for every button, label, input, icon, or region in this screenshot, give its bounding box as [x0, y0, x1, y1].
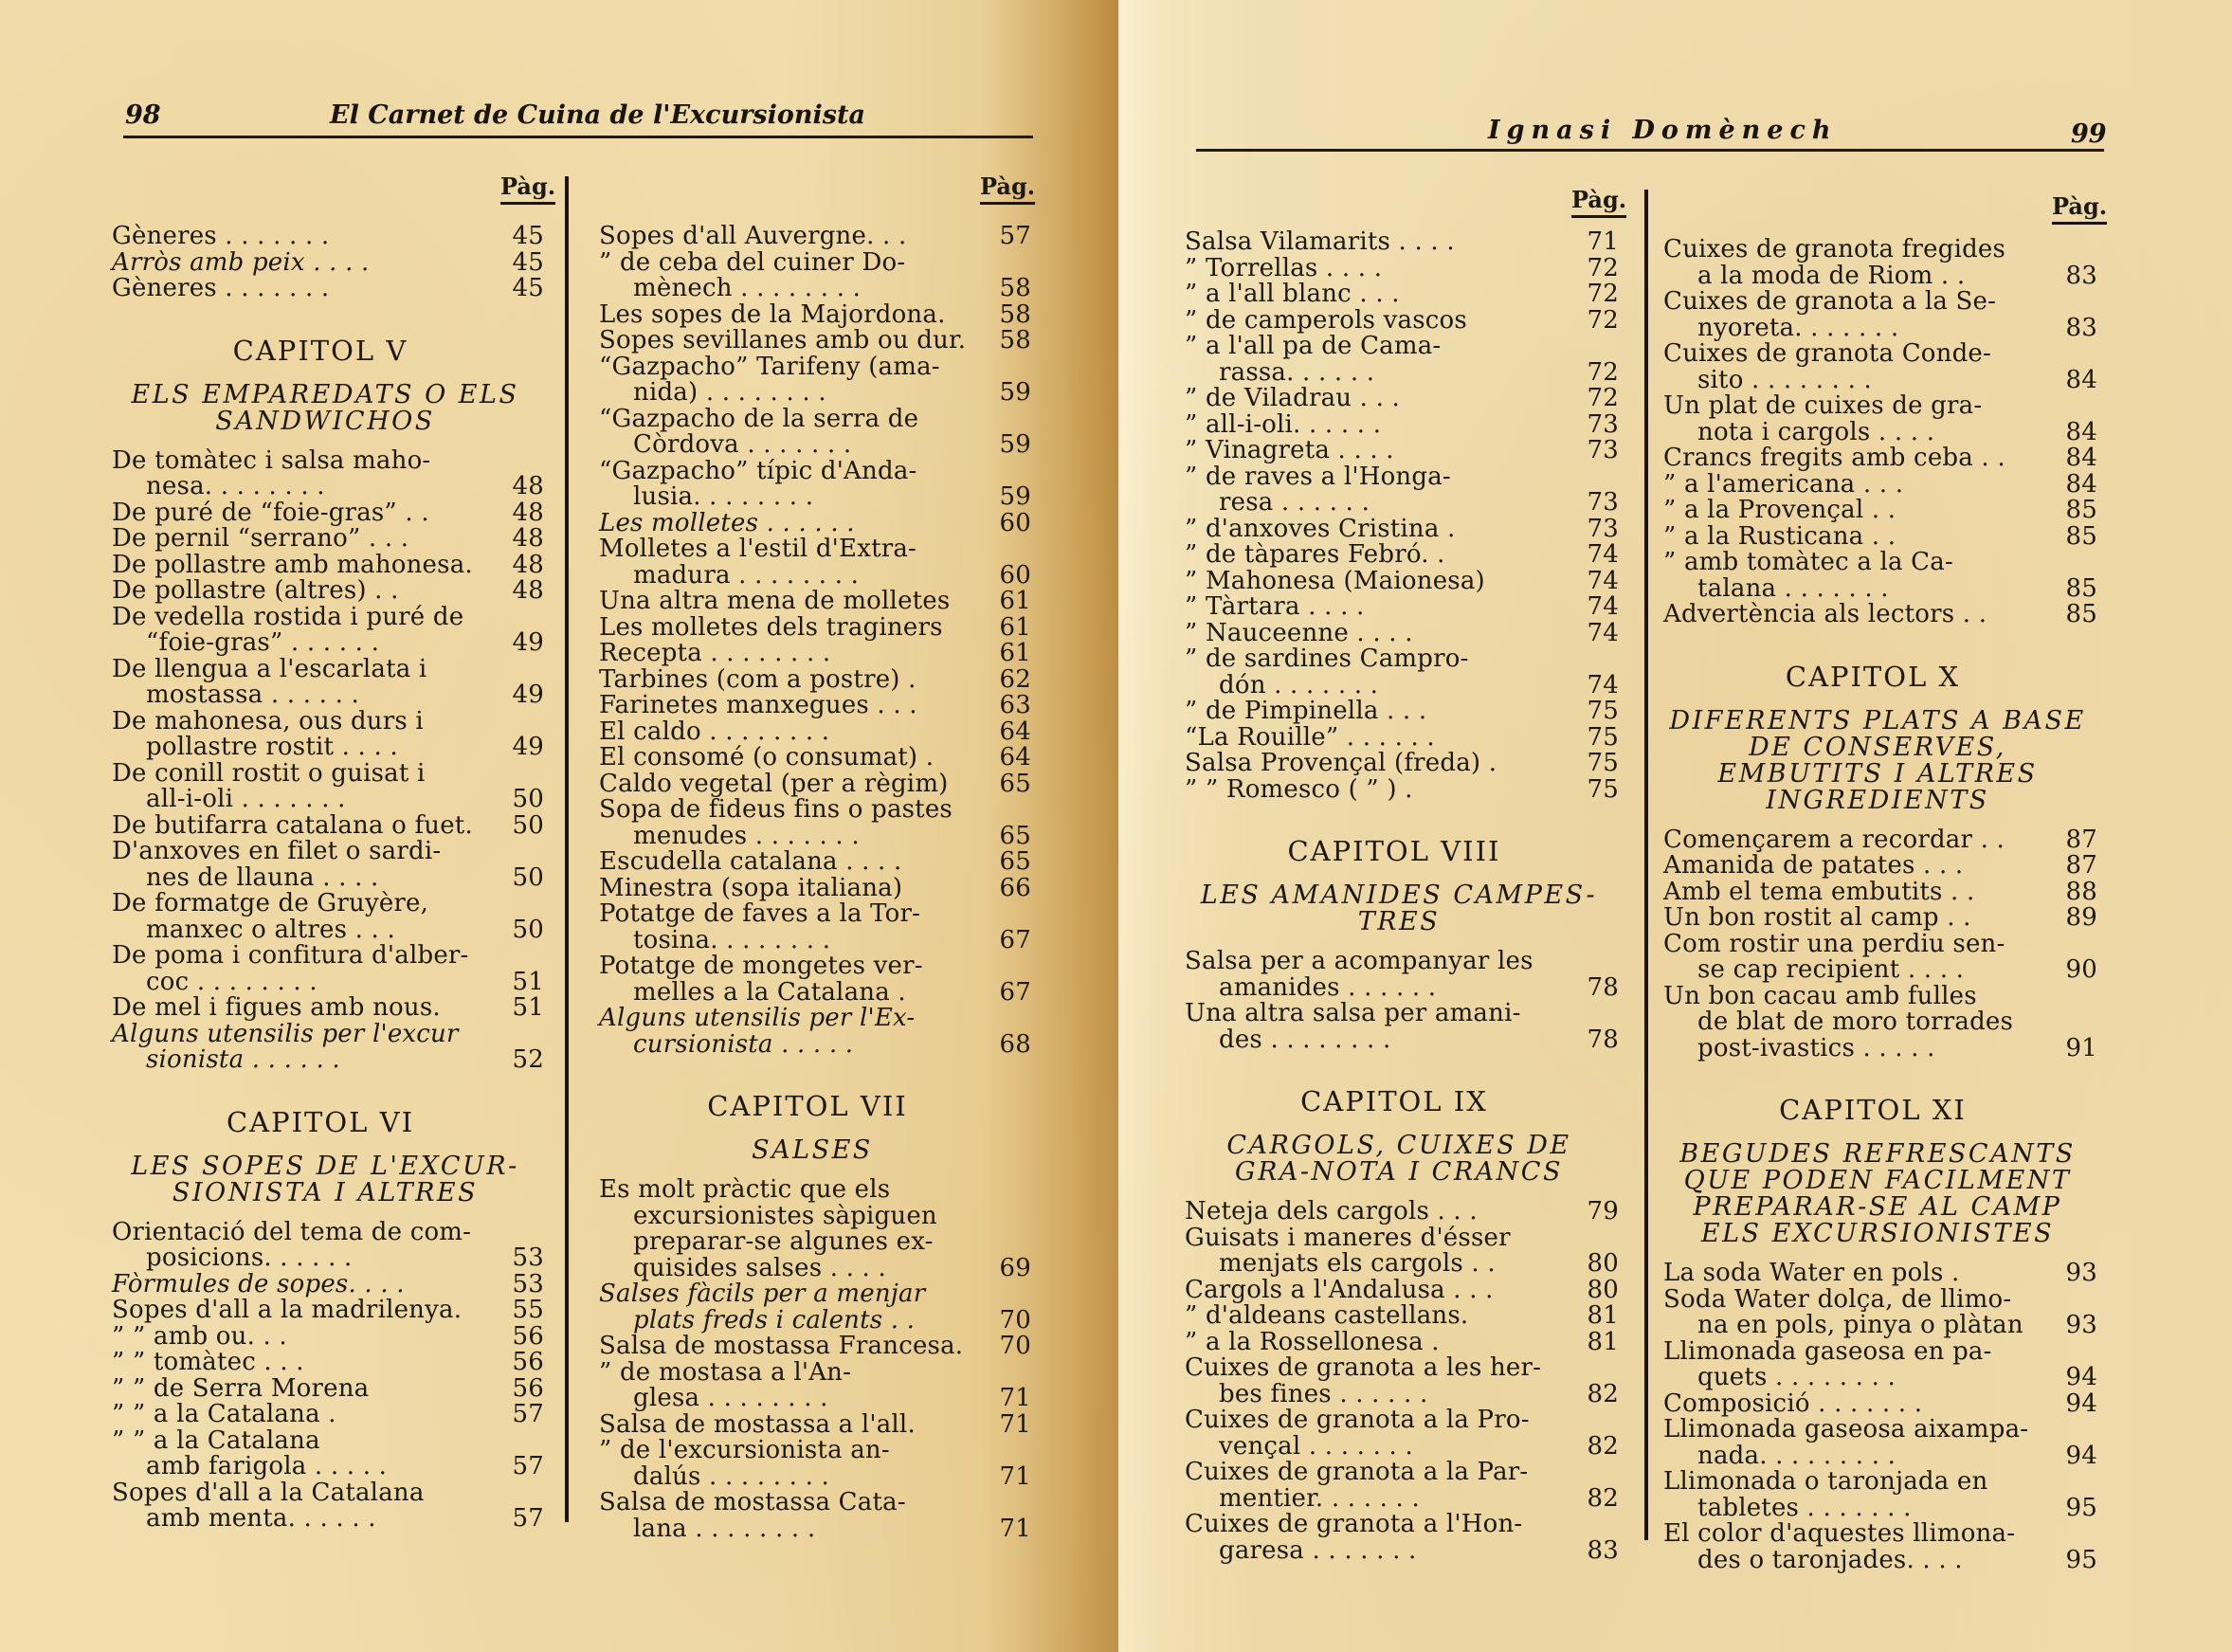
toc-entry[interactable]: Una altra salsa per amani-des . . . . . …	[1185, 1001, 1623, 1053]
toc-entry[interactable]: Orientació del tema de com-posicions. . …	[112, 1220, 548, 1272]
toc-entry-page: 93	[2048, 1261, 2097, 1287]
toc-entry-page: 68	[982, 1032, 1031, 1059]
toc-entry-title: “foie-gras” . . . . . .	[112, 630, 548, 657]
toc-entry-title: ” ” de Serra Morena	[112, 1376, 548, 1403]
toc-entry-title: Gèneres . . . . . . .	[112, 276, 548, 302]
toc-entry-page: 74	[1570, 594, 1619, 621]
toc-entry-page: 73	[1570, 490, 1619, 517]
toc-entry[interactable]: De mel i figues amb nous.51	[112, 995, 548, 1022]
toc-entry[interactable]: Com rostir una perdiu sen-se cap recipie…	[1663, 932, 2101, 984]
toc-entry-title: nada. . . . . . . . .	[1663, 1443, 2101, 1470]
toc-entry-title: ” d'aldeans castellans.	[1185, 1303, 1623, 1330]
toc-entry-title: des . . . . . . . .	[1185, 1027, 1623, 1054]
pag-label-col1: Pàg.	[500, 172, 555, 205]
toc-entry[interactable]: Escudella catalana . . . .65	[599, 849, 1035, 876]
toc-entry[interactable]: Cuixes de granota a les her-bes fines . …	[1185, 1355, 1623, 1407]
toc-entry[interactable]: Un plat de cuixes de gra-nota i cargols …	[1663, 393, 2101, 445]
toc-entry-page: 48	[495, 474, 544, 500]
toc-entry-title: Alguns utensilis per l'Ex-	[599, 1006, 1035, 1032]
toc-entry-title: D'anxoves en filet o sardi-	[112, 839, 548, 865]
toc-entry[interactable]: ” a la Provençal . .85	[1663, 498, 2101, 524]
toc-entry-title: Una altra mena de molletes	[599, 589, 1035, 615]
toc-entry-title: Llimonada o taronjada en	[1663, 1469, 2101, 1496]
toc-entry-title: Amb el tema embutits . .	[1663, 880, 2101, 906]
toc-entry-page: 94	[2048, 1365, 2097, 1391]
toc-entry-title: Orientació del tema de com-	[112, 1220, 548, 1246]
toc-entry[interactable]: De poma i confitura d'alber-coc . . . . …	[112, 943, 548, 995]
chapter-heading: CAPITOL VI	[112, 1106, 548, 1138]
toc-entry-page: 64	[982, 745, 1031, 772]
toc-entry[interactable]: ” de ceba del cuiner Do-mènech . . . . .…	[599, 250, 1035, 302]
toc-entry[interactable]: “La Rouille” . . . . . .75	[1185, 725, 1623, 752]
toc-entry-page: 81	[1570, 1330, 1619, 1356]
chapter-heading: CAPITOL XI	[1663, 1094, 2101, 1126]
toc-entry-page: 73	[1570, 438, 1619, 464]
toc-entry-page: 48	[495, 526, 544, 553]
toc-entry[interactable]: Començarem a recordar . .87	[1663, 827, 2101, 854]
toc-entry[interactable]: Cuixes de granota Conde-sito . . . . . .…	[1663, 341, 2101, 393]
toc-entry[interactable]: ” Vinagreta . . . .73	[1185, 438, 1623, 464]
toc-entry[interactable]: ” a la Rusticana . .85	[1663, 524, 2101, 551]
toc-entry-title: De formatge de Gruyère,	[112, 891, 548, 917]
toc-entry-title: mostassa . . . . . .	[112, 682, 548, 709]
toc-entry-title: ” amb tomàtec a la Ca-	[1663, 550, 2101, 576]
toc-entry[interactable]: Caldo vegetal (per a règim)65	[599, 772, 1035, 798]
toc-entry[interactable]: Gèneres . . . . . . .45	[112, 224, 548, 250]
toc-entry[interactable]: Es molt pràctic que elsexcursionistes sà…	[599, 1177, 1035, 1281]
toc-entry-title: Cuixes de granota fregides	[1663, 237, 2101, 263]
toc-entry-page: 57	[495, 1402, 544, 1428]
toc-entry-title: cursionista . . . . .	[599, 1032, 1035, 1059]
toc-entry[interactable]: ” ” amb ou. . .56	[112, 1324, 548, 1351]
toc-entry-title: Salsa de mostassa a l'all.	[599, 1412, 1035, 1439]
toc-entry-title: De pernil “serrano” . . .	[112, 526, 548, 553]
toc-entry-title: ” d'anxoves Cristina .	[1185, 517, 1623, 543]
toc-entry-title: Potatge de faves a la Tor-	[599, 901, 1035, 928]
toc-entry-page: 67	[982, 928, 1031, 954]
toc-entry-title: amb farigola . . . . .	[112, 1454, 548, 1480]
toc-entry[interactable]: Crancs fregits amb ceba . .84	[1663, 445, 2101, 472]
toc-entry-page: 71	[982, 1464, 1031, 1491]
toc-entry-page: 75	[1570, 777, 1619, 804]
toc-entry-page: 48	[495, 500, 544, 527]
toc-entry-page: 57	[495, 1454, 544, 1480]
toc-entry-page: 84	[2048, 472, 2097, 499]
toc-entry[interactable]: ” ” Romesco ( ” ) .75	[1185, 777, 1623, 804]
toc-entry-page: 50	[495, 787, 544, 813]
toc-entry-title: dalús . . . . . . . .	[599, 1464, 1035, 1491]
right-running-head: Ignasi Domènech	[1488, 116, 1838, 145]
toc-entry-page: 75	[1570, 699, 1619, 725]
toc-entry-title: Començarem a recordar . .	[1663, 827, 2101, 854]
toc-entry-title: Sopes sevillanes amb ou dur.	[599, 328, 1035, 354]
toc-entry-page: 61	[982, 615, 1031, 642]
toc-entry-title: Cuixes de granota a l'Hon-	[1185, 1512, 1623, 1538]
toc-entry-page: 57	[982, 224, 1031, 250]
toc-entry-title: ” a l'all blanc . . .	[1185, 281, 1623, 308]
toc-entry[interactable]: Alguns utensilis per l'Ex-cursionista . …	[599, 1006, 1035, 1058]
toc-entry-title: sionista . . . . . .	[112, 1047, 548, 1074]
column-divider-right	[1644, 190, 1648, 1540]
toc-entry[interactable]: Composició . . . . . . .94	[1663, 1391, 2101, 1418]
toc-entry-page: 49	[495, 630, 544, 657]
toc-entry[interactable]: Sopes d'all a la Catalanaamb menta. . . …	[112, 1480, 548, 1533]
toc-entry-page: 87	[2048, 827, 2097, 854]
toc-entry[interactable]: Soda Water dolça, de llimo-na en pols, p…	[1663, 1287, 2101, 1339]
toc-entry[interactable]: Neteja dels cargols . . .79	[1185, 1199, 1623, 1225]
toc-entry-title: nes de llauna . . . .	[112, 865, 548, 892]
toc-entry[interactable]: De tomàtec i salsa maho-nesa. . . . . . …	[112, 448, 548, 500]
toc-entry-page: 74	[1570, 542, 1619, 569]
toc-entry[interactable]: Salsa de mostassa Francesa.70	[599, 1334, 1035, 1360]
toc-entry-page: 49	[495, 735, 544, 761]
toc-entry[interactable]: La soda Water en pols .93	[1663, 1261, 2101, 1287]
toc-entry[interactable]: Sopes d'all a la madrilenya.55	[112, 1298, 548, 1324]
toc-entry-title: melles a la Catalana .	[599, 980, 1035, 1007]
toc-entry-title: mentier. . . . . . .	[1185, 1486, 1623, 1513]
toc-entry-title: “Gazpacho” típic d'Anda-	[599, 459, 1035, 485]
toc-entry-page: 80	[1570, 1251, 1619, 1278]
toc-entry[interactable]: Alguns utensilis per l'excursionista . .…	[112, 1022, 548, 1074]
toc-entry[interactable]: Salsa Vilamarits . . . .71	[1185, 229, 1623, 256]
toc-entry[interactable]: ” de Viladrau . . .72	[1185, 386, 1623, 412]
toc-entry[interactable]: De puré de “foie-gras” . .48	[112, 500, 548, 527]
toc-entry[interactable]: ” Nauceenne . . . .74	[1185, 621, 1623, 647]
toc-entry[interactable]: De vedella rostida i puré de“foie-gras” …	[112, 605, 548, 657]
toc-entry-page: 45	[495, 250, 544, 277]
toc-entry-title: Composició . . . . . . .	[1663, 1391, 2101, 1418]
toc-entry[interactable]: Amanida de patates . . .87	[1663, 853, 2101, 880]
toc-entry[interactable]: ” de sardines Campro-dón . . . . . . .74	[1185, 646, 1623, 699]
toc-entry-page: 75	[1570, 751, 1619, 777]
toc-entry-title: De pollastre (altres) . .	[112, 578, 548, 605]
chapter-subtitle: SALSES	[599, 1137, 1035, 1164]
toc-entry-page: 93	[2048, 1313, 2097, 1339]
toc-entry-title: Un plat de cuixes de gra-	[1663, 393, 2101, 420]
toc-entry[interactable]: Sopes sevillanes amb ou dur.58	[599, 328, 1035, 354]
toc-entry-title: Amanida de patates . . .	[1663, 853, 2101, 880]
toc-entry[interactable]: De llengua a l'escarlata imostassa . . .…	[112, 657, 548, 709]
toc-entry[interactable]: ” de mostasa a l'An-glesa . . . . . . . …	[599, 1360, 1035, 1412]
toc-entry-title: Fòrmules de sopes. . . .	[112, 1272, 548, 1298]
chapter-subtitle: ELS EMPAREDATS O ELS SANDWICHOS	[112, 382, 548, 435]
toc-entry[interactable]: ” d'anxoves Cristina .73	[1185, 517, 1623, 543]
toc-entry-page: 72	[1570, 281, 1619, 308]
toc-entry-title: ” Tàrtara . . . .	[1185, 594, 1623, 621]
toc-entry-title: ” all-i-oli. . . . . .	[1185, 412, 1623, 439]
toc-entry-page: 63	[982, 693, 1031, 719]
toc-entry-title: Salsa Provençal (freda) .	[1185, 751, 1623, 777]
toc-entry[interactable]: Cargols a l'Andalusa . . .80	[1185, 1278, 1623, 1304]
toc-entry-title: Cargols a l'Andalusa . . .	[1185, 1278, 1623, 1304]
toc-entry-page: 60	[982, 511, 1031, 537]
toc-entry[interactable]: ” all-i-oli. . . . . .73	[1185, 412, 1623, 439]
toc-entry-title: De tomàtec i salsa maho-	[112, 448, 548, 475]
toc-entry[interactable]: ” amb tomàtec a la Ca-talana . . . . . .…	[1663, 550, 2101, 602]
toc-entry[interactable]: “Gazpacho de la serra deCòrdova . . . . …	[599, 407, 1035, 459]
toc-entry[interactable]: De pollastre (altres) . .48	[112, 578, 548, 605]
column-divider-left	[565, 176, 569, 1522]
toc-entry-title: tabletes . . . . . . .	[1663, 1496, 2101, 1522]
toc-entry-title: ” de ceba del cuiner Do-	[599, 250, 1035, 277]
toc-entry-title: Sopes d'all a la madrilenya.	[112, 1298, 548, 1324]
toc-entry-title: tosina. . . . . . . .	[599, 928, 1035, 954]
toc-entry-page: 70	[982, 1334, 1031, 1360]
toc-entry-page: 87	[2048, 853, 2097, 880]
toc-entry[interactable]: Salsa de mostassa a l'all.71	[599, 1412, 1035, 1439]
toc-entry-page: 56	[495, 1376, 544, 1403]
toc-entry[interactable]: ” Torrellas . . . .72	[1185, 256, 1623, 282]
toc-entry-page: 78	[1570, 1027, 1619, 1054]
toc-entry[interactable]: De mahonesa, ous durs ipollastre rostit …	[112, 709, 548, 761]
toc-entry[interactable]: ” ” de Serra Morena56	[112, 1376, 548, 1403]
toc-entry[interactable]: Salsa Provençal (freda) .75	[1185, 751, 1623, 777]
toc-entry[interactable]: Advertència als lectors . .85	[1663, 602, 2101, 628]
toc-entry[interactable]: Fòrmules de sopes. . . .53	[112, 1272, 548, 1298]
toc-entry[interactable]: Salsa de mostassa Cata-lana . . . . . . …	[599, 1490, 1035, 1542]
toc-entry[interactable]: ” ” a la Catalana .57	[112, 1402, 548, 1428]
toc-entry[interactable]: El caldo . . . . . . . .64	[599, 719, 1035, 746]
toc-entry-page: 71	[1570, 229, 1619, 256]
toc-entry-title: ” a l'americana . . .	[1663, 472, 2101, 499]
toc-entry-page: 56	[495, 1350, 544, 1376]
toc-entry[interactable]: “Gazpacho” Tarifeny (ama-nida) . . . . .…	[599, 354, 1035, 407]
toc-entry-title: ” a l'all pa de Cama-	[1185, 334, 1623, 360]
toc-entry-page: 48	[495, 553, 544, 579]
toc-entry-title: “Gazpacho” Tarifeny (ama-	[599, 354, 1035, 381]
toc-entry-title: quets . . . . . . . .	[1663, 1365, 2101, 1391]
toc-entry-title: Sopes d'all Auvergne. . .	[599, 224, 1035, 250]
toc-entry-title: posicions. . . . . .	[112, 1245, 548, 1272]
chapter-heading: CAPITOL VII	[599, 1090, 1035, 1122]
toc-entry-title: resa . . . . . .	[1185, 490, 1623, 517]
toc-entry-title: nota i cargols . . . .	[1663, 420, 2101, 446]
toc-entry[interactable]: Cuixes de granota a la Pro-vençal . . . …	[1185, 1407, 1623, 1460]
toc-entry[interactable]: Sopa de fideus fins o pastesmenudes . . …	[599, 797, 1035, 849]
toc-entry-page: 95	[2048, 1496, 2097, 1522]
toc-entry-title: sito . . . . . . . .	[1663, 368, 2101, 394]
toc-entry-page: 71	[982, 1412, 1031, 1439]
toc-entry[interactable]: ” de Pimpinella . . .75	[1185, 699, 1623, 725]
toc-entry-title: Salsa de mostassa Francesa.	[599, 1334, 1035, 1360]
toc-entry-title: ” de tàpares Febró. .	[1185, 542, 1623, 569]
toc-entry[interactable]: ” Tàrtara . . . .74	[1185, 594, 1623, 621]
toc-entry-title: ” Mahonesa (Maionesa)	[1185, 569, 1623, 595]
toc-entry-title: ” de sardines Campro-	[1185, 646, 1623, 673]
toc-entry-title: mènech . . . . . . . .	[599, 276, 1035, 302]
toc-entry[interactable]: Cuixes de granota fregidesa la moda de R…	[1663, 237, 2101, 289]
toc-entry[interactable]: Salsa per a acompanyar lesamanides . . .…	[1185, 949, 1623, 1001]
toc-entry-page: 65	[982, 772, 1031, 798]
toc-entry-page: 78	[1570, 975, 1619, 1002]
toc-entry[interactable]: Arròs amb peix . . . .45	[112, 250, 548, 277]
toc-entry-page: 83	[2048, 316, 2097, 342]
toc-entry-title: Advertència als lectors . .	[1663, 602, 2101, 628]
toc-entry[interactable]: ” ” tomàtec . . .56	[112, 1350, 548, 1376]
right-header-rule	[1196, 149, 2104, 152]
toc-entry-page: 74	[1570, 569, 1619, 595]
toc-entry[interactable]: Un bon rostit al camp . .89	[1663, 905, 2101, 932]
toc-column-2: Sopes d'all Auvergne. . .57 ” de ceba de…	[599, 224, 1035, 1542]
toc-entry[interactable]: Minestra (sopa italiana)66	[599, 876, 1035, 902]
toc-entry-title: Es molt pràctic que els	[599, 1177, 1035, 1204]
toc-entry[interactable]: ” a la Rossellonesa .81	[1185, 1330, 1623, 1356]
toc-entry-page: 83	[1570, 1538, 1619, 1565]
toc-entry[interactable]: Les molletes dels traginers61	[599, 615, 1035, 642]
toc-entry-title: Neteja dels cargols . . .	[1185, 1199, 1623, 1225]
toc-entry[interactable]: Les sopes de la Majordona.58	[599, 302, 1035, 329]
toc-entry-page: 70	[982, 1308, 1031, 1334]
toc-entry[interactable]: De formatge de Gruyère,manxec o altres .…	[112, 891, 548, 943]
toc-entry[interactable]: ” a l'all pa de Cama-rassa. . . . . .72	[1185, 334, 1623, 386]
left-running-head: El Carnet de Cuina de l'Excursionista	[330, 100, 865, 130]
toc-entry-title: ” a la Provençal . .	[1663, 498, 2101, 524]
toc-entry[interactable]: De pollastre amb mahonesa.48	[112, 553, 548, 579]
chapter-heading: CAPITOL VIII	[1185, 835, 1623, 867]
toc-entry-page: 82	[1570, 1434, 1619, 1461]
toc-entry-title: El caldo . . . . . . . .	[599, 719, 1035, 746]
toc-entry[interactable]: Cuixes de granota a la Se-nyoreta. . . .…	[1663, 289, 2101, 341]
toc-entry-page: 75	[1570, 725, 1619, 752]
left-header-rule	[123, 136, 1033, 138]
toc-entry-page: 53	[495, 1245, 544, 1272]
toc-entry-title: dón . . . . . . .	[1185, 673, 1623, 699]
toc-entry-page: 71	[982, 1386, 1031, 1412]
toc-entry-page: 49	[495, 682, 544, 709]
toc-entry-title: Salsa Vilamarits . . . .	[1185, 229, 1623, 256]
left-page-number: 98	[125, 100, 161, 130]
toc-entry-title: De puré de “foie-gras” . .	[112, 500, 548, 527]
toc-entry-title: na en pols, pinya o plàtan	[1663, 1313, 2101, 1339]
toc-entry-page: 73	[1570, 517, 1619, 543]
toc-entry-title: lusia. . . . . . . .	[599, 484, 1035, 511]
toc-entry[interactable]: Recepta . . . . . . . .61	[599, 641, 1035, 667]
pag-label-col2: Pàg.	[980, 172, 1035, 205]
toc-entry[interactable]: Farinetes manxegues . . .63	[599, 693, 1035, 719]
toc-entry-page: 59	[982, 432, 1031, 459]
toc-entry-page: 72	[1570, 308, 1619, 335]
toc-entry-page: 62	[982, 667, 1031, 694]
toc-entry[interactable]: D'anxoves en filet o sardi-nes de llauna…	[112, 839, 548, 891]
toc-entry-page: 85	[2048, 498, 2097, 524]
toc-entry[interactable]: Guisats i maneres d'éssermenjats els car…	[1185, 1225, 1623, 1278]
toc-entry-title: ” de Viladrau . . .	[1185, 386, 1623, 412]
toc-entry[interactable]: De conill rostit o guisat iall-i-oli . .…	[112, 761, 548, 813]
toc-entry-page: 51	[495, 970, 544, 996]
toc-entry[interactable]: De butifarra catalana o fuet.50	[112, 813, 548, 840]
toc-entry[interactable]: Cuixes de granota a la Par-mentier. . . …	[1185, 1460, 1623, 1512]
toc-entry-title: ” de Pimpinella . . .	[1185, 699, 1623, 725]
toc-entry[interactable]: ” a l'americana . . .84	[1663, 472, 2101, 499]
toc-entry-title: El consomé (o consumat) .	[599, 745, 1035, 772]
toc-entry-title: Gèneres . . . . . . .	[112, 224, 548, 250]
toc-entry-title: ” de camperols vascos	[1185, 308, 1623, 335]
toc-entry[interactable]: Salses fàcils per a menjarplats freds i …	[599, 1281, 1035, 1334]
toc-entry[interactable]: Llimonada o taronjada entabletes . . . .…	[1663, 1469, 2101, 1521]
toc-entry[interactable]: Cuixes de granota a l'Hon-garesa . . . .…	[1185, 1512, 1623, 1564]
toc-entry[interactable]: El consomé (o consumat) .64	[599, 745, 1035, 772]
toc-entry-page: 58	[982, 276, 1031, 302]
toc-entry-title: Crancs fregits amb ceba . .	[1663, 445, 2101, 472]
toc-entry-page: 73	[1570, 412, 1619, 439]
toc-entry-page: 84	[2048, 368, 2097, 394]
toc-entry-title: ” de l'excursionista an-	[599, 1438, 1035, 1464]
toc-entry[interactable]: ” Mahonesa (Maionesa)74	[1185, 569, 1623, 595]
toc-entry[interactable]: De pernil “serrano” . . .48	[112, 526, 548, 553]
toc-entry-page: 59	[982, 380, 1031, 407]
toc-entry-page: 66	[982, 876, 1031, 902]
toc-entry-page: 61	[982, 589, 1031, 615]
toc-entry-page: 65	[982, 849, 1031, 876]
toc-entry-title: vençal . . . . . . .	[1185, 1434, 1623, 1461]
toc-entry-page: 83	[2048, 263, 2097, 290]
toc-entry-page: 53	[495, 1272, 544, 1298]
toc-entry[interactable]: Gèneres . . . . . . .45	[112, 276, 548, 302]
toc-entry-page: 85	[2048, 576, 2097, 603]
toc-entry[interactable]: ” a l'all blanc . . .72	[1185, 281, 1623, 308]
toc-entry-title: Salsa per a acompanyar les	[1185, 949, 1623, 975]
toc-entry[interactable]: Molletes a l'estil d'Extra-madura . . . …	[599, 536, 1035, 589]
toc-entry[interactable]: Llimonada gaseosa en pa-quets . . . . . …	[1663, 1339, 2101, 1391]
toc-entry[interactable]: ” ” a la Catalanaamb farigola . . . . .5…	[112, 1428, 548, 1480]
toc-entry-title: de blat de moro torrades	[1663, 1009, 2101, 1036]
toc-entry[interactable]: Un bon cacau amb fullesde blat de moro t…	[1663, 984, 2101, 1062]
toc-entry-title: El color d'aquestes llimona-	[1663, 1521, 2101, 1548]
toc-entry-page: 74	[1570, 621, 1619, 647]
toc-entry[interactable]: Tarbines (com a postre) .62	[599, 667, 1035, 694]
toc-entry-page: 82	[1570, 1486, 1619, 1513]
toc-entry-page: 64	[982, 719, 1031, 746]
toc-entry[interactable]: Potatge de faves a la Tor-tosina. . . . …	[599, 901, 1035, 953]
toc-entry[interactable]: Les molletes . . . . . .60	[599, 511, 1035, 537]
toc-entry-title: ” Torrellas . . . .	[1185, 256, 1623, 282]
toc-entry-title: Cuixes de granota a la Par-	[1185, 1460, 1623, 1486]
toc-entry-title: preparar-se algunes ex-	[599, 1229, 1035, 1256]
chapter-heading: CAPITOL X	[1663, 661, 2101, 693]
toc-entry[interactable]: El color d'aquestes llimona-des o taronj…	[1663, 1521, 2101, 1573]
toc-entry[interactable]: Potatge de mongetes ver-melles a la Cata…	[599, 953, 1035, 1006]
toc-entry-page: 58	[982, 328, 1031, 354]
chapter-subtitle: CARGOLS, CUIXES DE GRA-NOTA I CRANCS	[1185, 1133, 1623, 1186]
toc-entry-page: 80	[1570, 1278, 1619, 1304]
toc-entry[interactable]: ” de l'excursionista an-dalús . . . . . …	[599, 1438, 1035, 1490]
toc-entry-page: 48	[495, 578, 544, 605]
toc-entry[interactable]: ” de raves a l'Honga-resa . . . . . .73	[1185, 464, 1623, 517]
toc-entry-title: Sopa de fideus fins o pastes	[599, 797, 1035, 824]
toc-entry-title: ” a la Rusticana . .	[1663, 524, 2101, 551]
toc-entry-title: Potatge de mongetes ver-	[599, 953, 1035, 980]
toc-entry-title: nesa. . . . . . . .	[112, 474, 548, 500]
toc-entry[interactable]: “Gazpacho” típic d'Anda-lusia. . . . . .…	[599, 459, 1035, 511]
toc-entry[interactable]: Una altra mena de molletes61	[599, 589, 1035, 615]
toc-entry-title: lana . . . . . . . .	[599, 1516, 1035, 1543]
toc-entry-page: 72	[1570, 360, 1619, 387]
toc-entry[interactable]: Llimonada gaseosa aixampa-nada. . . . . …	[1663, 1417, 2101, 1469]
toc-entry-title: ” a la Rossellonesa .	[1185, 1330, 1623, 1356]
toc-entry[interactable]: ” d'aldeans castellans.81	[1185, 1303, 1623, 1330]
toc-entry-title: ” Nauceenne . . . .	[1185, 621, 1623, 647]
toc-entry[interactable]: Sopes d'all Auvergne. . .57	[599, 224, 1035, 250]
toc-entry-title: La soda Water en pols .	[1663, 1261, 2101, 1287]
toc-entry-page: 45	[495, 276, 544, 302]
toc-entry-title: Minestra (sopa italiana)	[599, 876, 1035, 902]
toc-entry-title: De poma i confitura d'alber-	[112, 943, 548, 970]
toc-entry-page: 58	[982, 302, 1031, 329]
pag-label-col4: Pàg.	[2052, 192, 2107, 225]
toc-entry[interactable]: ” de tàpares Febró. .74	[1185, 542, 1623, 569]
toc-entry[interactable]: Amb el tema embutits . .88	[1663, 880, 2101, 906]
toc-entry[interactable]: ” de camperols vascos72	[1185, 308, 1623, 335]
